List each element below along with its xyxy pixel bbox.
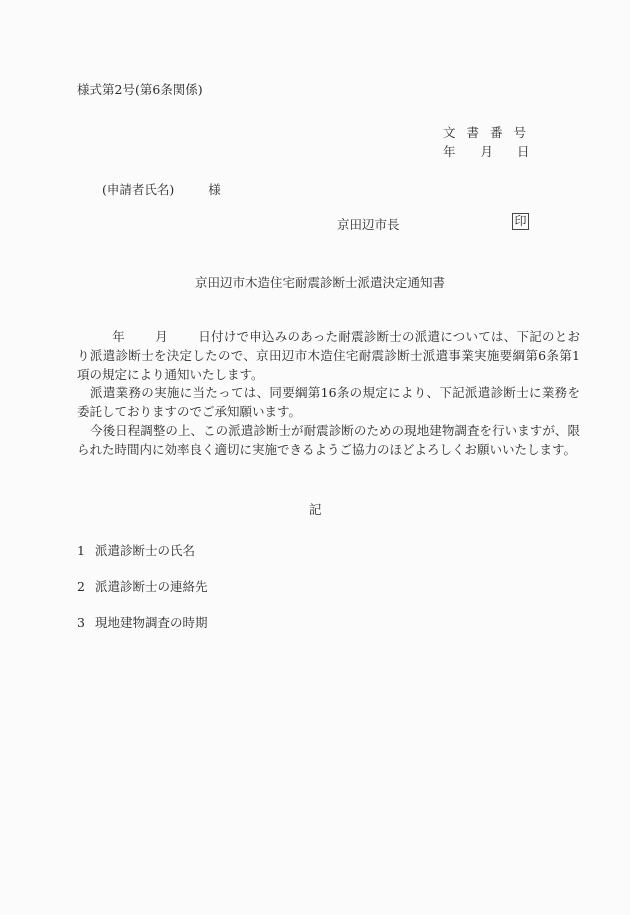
doc-number-char: 番 <box>490 123 503 141</box>
recipient-honorific: 様 <box>208 182 221 197</box>
recipient-line: (申請者氏名)様 <box>102 180 221 198</box>
item-label: 派遣診断士の連絡先 <box>95 579 208 594</box>
item-number: 2 <box>77 579 95 594</box>
form-number: 様式第2号(第6条関係) <box>77 80 203 98</box>
para1-text: 付けで申込みのあった耐震診断士の派遣については、下記のとおり派遣診断士を決定した… <box>77 329 580 382</box>
body-paragraph-1: 年月日付けで申込みのあった耐震診断士の派遣については、下記のとおり派遣診断士を決… <box>77 328 580 384</box>
date-month-label: 月 <box>481 142 494 160</box>
recipient-name-placeholder: (申請者氏名) <box>102 182 174 197</box>
list-item: 1派遣診断士の氏名 <box>77 541 195 559</box>
item-label: 派遣診断士の氏名 <box>95 543 195 558</box>
document-number-label: 文書番号 <box>443 123 526 141</box>
list-item: 3現地建物調査の時期 <box>77 613 208 631</box>
date-year-label: 年 <box>443 142 456 160</box>
doc-number-char: 書 <box>467 123 480 141</box>
document-title: 京田辺市木造住宅耐震診断士派遣決定通知書 <box>195 273 445 291</box>
para1-year-label: 年 <box>112 329 125 344</box>
doc-number-char: 文 <box>443 123 456 141</box>
body-paragraph-3: 今後日程調整の上、この派遣診断士が耐震診断のための現地建物調査を行いますが、限ら… <box>77 422 580 460</box>
date-day-label: 日 <box>517 142 530 160</box>
item-number: 1 <box>77 543 95 558</box>
para1-month-label: 月 <box>155 329 168 344</box>
item-label: 現地建物調査の時期 <box>95 615 208 630</box>
body-paragraph-2: 派遣業務の実施に当たっては、同要綱第16条の規定により、下記派遣診断士に業務を委… <box>77 384 580 422</box>
para1-day-label: 日 <box>198 329 211 344</box>
doc-number-char: 号 <box>514 123 527 141</box>
seal-icon: 印 <box>512 213 529 230</box>
document-body: 年月日付けで申込みのあった耐震診断士の派遣については、下記のとおり派遣診断士を決… <box>77 328 580 460</box>
list-item: 2派遣診断士の連絡先 <box>77 577 208 595</box>
issue-date: 年月日 <box>443 142 530 160</box>
ki-heading: 記 <box>309 500 322 518</box>
item-number: 3 <box>77 615 95 630</box>
issuer-name: 京田辺市長 <box>337 215 400 233</box>
